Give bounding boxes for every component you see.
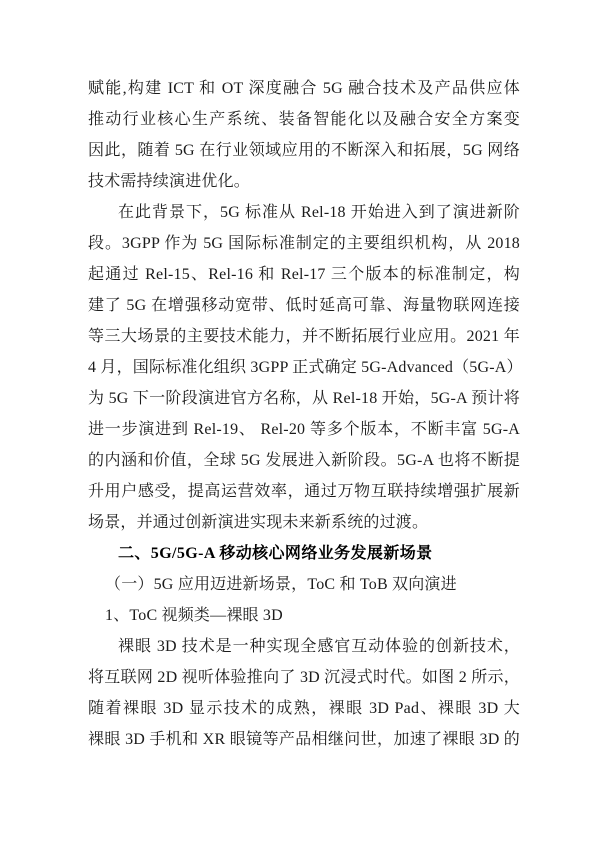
text-line: 进一步演进到 Rel-19、 Rel-20 等多个版本，不断丰富 5G-A — [88, 414, 520, 445]
document-page: 赋能,构建 ICT 和 OT 深度融合 5G 融合技术及产品供应体系， 推动行业… — [0, 0, 595, 841]
text-line: 裸眼 3D 技术是一种实现全感官互动体验的创新技术， — [88, 631, 520, 662]
text-line: 随着裸眼 3D 显示技术的成熟，裸眼 3D Pad、裸眼 3D 大屏、 — [88, 693, 520, 724]
section-heading: 二、5G/5G-A 移动核心网络业务发展新场景 — [88, 538, 520, 569]
text-line: 为 5G 下一阶段演进官方名称，从 Rel-18 开始，5G-A 预计将 — [88, 383, 520, 414]
text-line: 建了 5G 在增强移动宽带、低时延高可靠、海量物联网连接 — [88, 290, 520, 321]
document-text-block: 赋能,构建 ICT 和 OT 深度融合 5G 融合技术及产品供应体系， 推动行业… — [88, 73, 520, 755]
text-line: 在此背景下，5G 标准从 Rel-18 开始进入到了演进新阶 — [88, 197, 520, 228]
text-line: 赋能,构建 ICT 和 OT 深度融合 5G 融合技术及产品供应体系， — [88, 73, 520, 104]
text-line: 升用户感受，提高运营效率，通过万物互联持续增强扩展新 — [88, 476, 520, 507]
text-line: 的内涵和价值，全球 5G 发展进入新阶段。5G-A 也将不断提 — [88, 445, 520, 476]
subsection-heading: （一）5G 应用迈进新场景，ToC 和 ToB 双向演进 — [88, 569, 520, 600]
text-line: 推动行业核心生产系统、装备智能化以及融合安全方案变革。 — [88, 104, 520, 135]
text-line: 将互联网 2D 视听体验推向了 3D 沉浸式时代。如图 2 所示， — [88, 662, 520, 693]
text-line: 技术需持续演进优化。 — [88, 166, 520, 197]
text-line: 起通过 Rel-15、Rel-16 和 Rel-17 三个版本的标准制定，构 — [88, 259, 520, 290]
text-line: 4 月，国际标准化组织 3GPP 正式确定 5G-Advanced（5G-A） — [88, 352, 520, 383]
text-line: 等三大场景的主要技术能力，并不断拓展行业应用。2021 年 — [88, 321, 520, 352]
text-line: 因此，随着 5G 在行业领域应用的不断深入和拓展，5G 网络 — [88, 135, 520, 166]
text-line: 裸眼 3D 手机和 XR 眼镜等产品相继问世，加速了裸眼 3D 的 — [88, 724, 520, 755]
text-line: 段。3GPP 作为 5G 国际标准制定的主要组织机构，从 2018 年 — [88, 228, 520, 259]
text-line: 场景，并通过创新演进实现未来新系统的过渡。 — [88, 507, 520, 538]
list-item-heading: 1、ToC 视频类—裸眼 3D — [88, 600, 520, 631]
